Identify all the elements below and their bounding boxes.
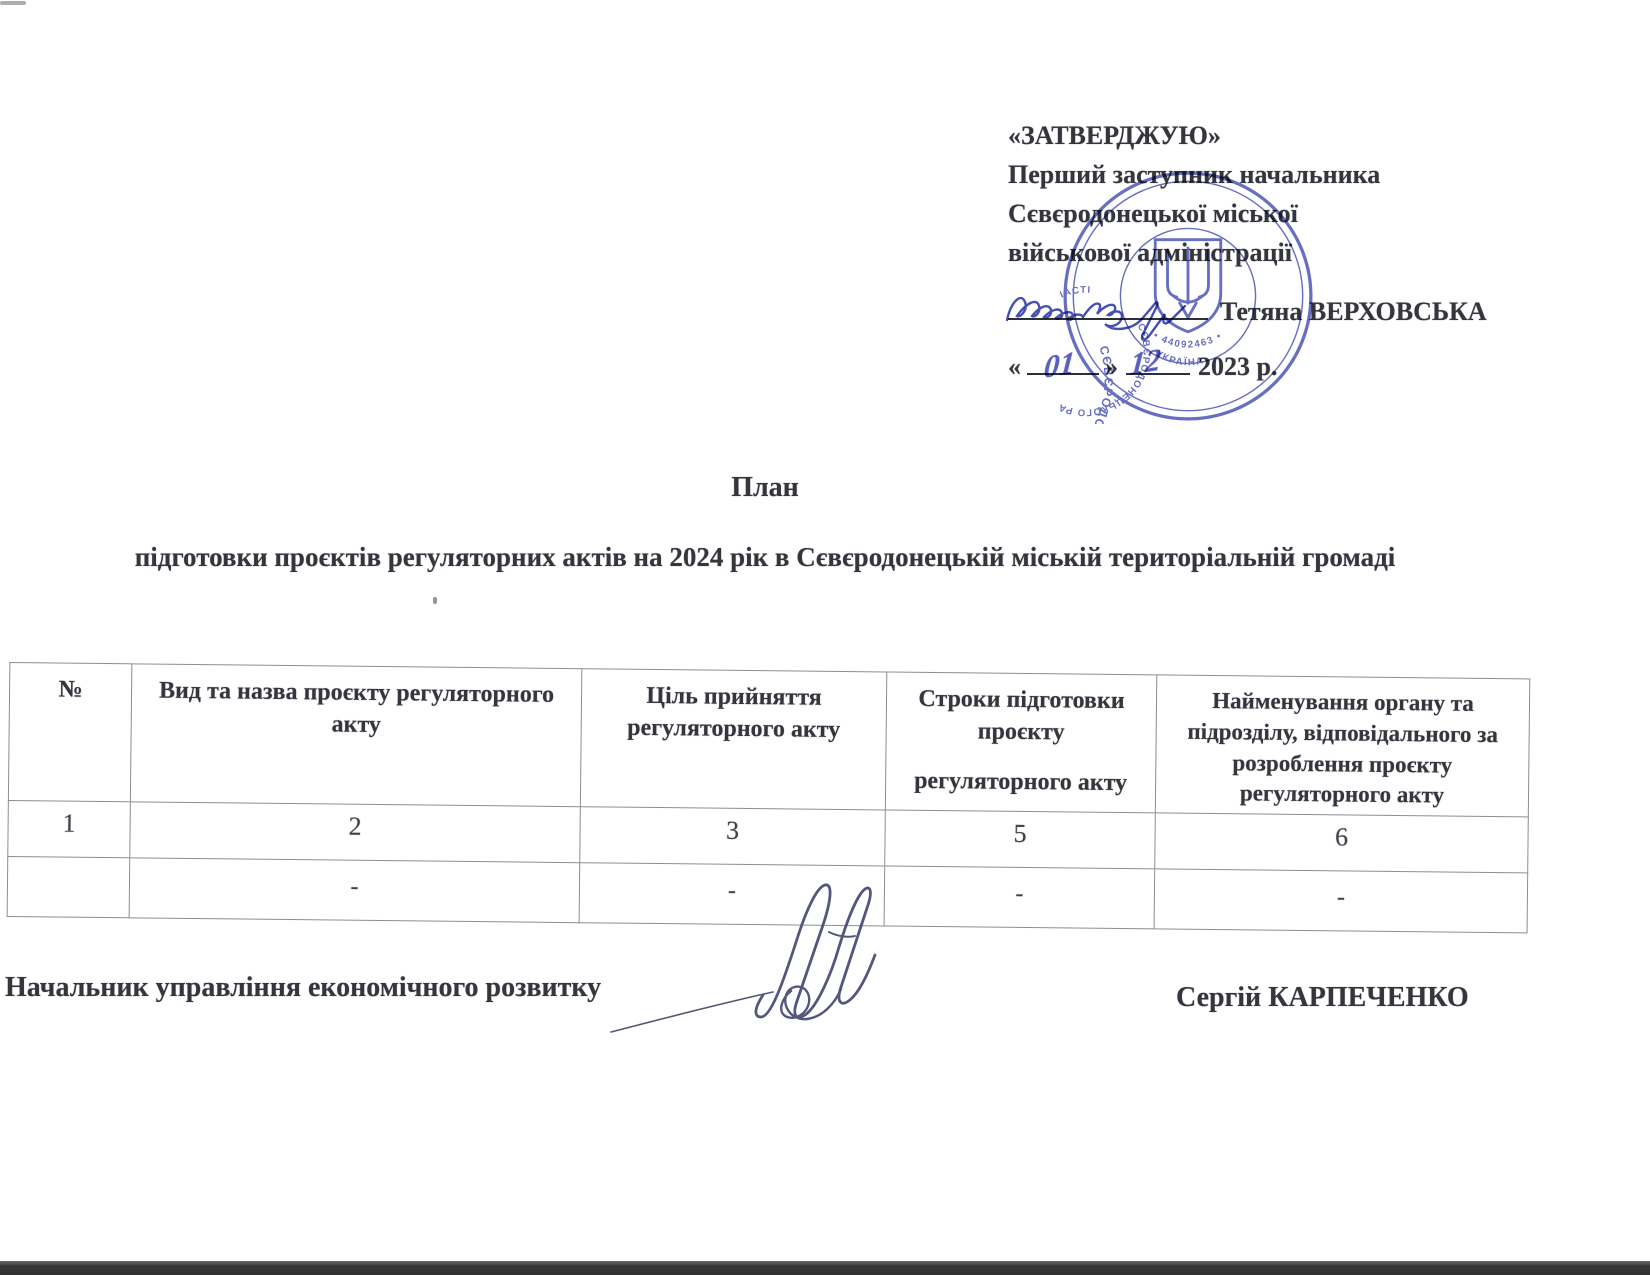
- scanned-document-page: «ЗАТВЕРДЖУЮ» Перший заступник начальника…: [0, 0, 1650, 1275]
- placeholder-cell: [7, 857, 130, 918]
- document-subtitle: підготовки проєктів регуляторних актів н…: [10, 542, 1520, 573]
- scan-edge-smudge: [0, 1, 26, 5]
- scan-edge-artifact: [0, 1261, 1650, 1275]
- placeholder-cell: -: [1154, 869, 1528, 933]
- column-number-cell: 5: [885, 810, 1156, 869]
- table-header-goal: Ціль прийняття регуляторного акту: [580, 669, 886, 810]
- table-header-row: № Вид та назва проєкту регуляторного акт…: [8, 663, 1529, 817]
- footer-position-title: Начальник управління економічного розвит…: [5, 972, 601, 1004]
- handwritten-signature-approver: [995, 268, 1245, 353]
- column-number-cell: 1: [8, 801, 131, 858]
- column-number-cell: 6: [1155, 813, 1529, 873]
- table-header-terms-line1: Строки підготовки проєкту: [918, 686, 1124, 746]
- date-open-quote: «: [1008, 352, 1021, 381]
- scan-speck: [433, 597, 437, 604]
- column-number-cell: 3: [580, 807, 886, 866]
- footer-signatory-name: Сергій КАРПЕЧЕНКО: [1176, 982, 1469, 1014]
- handwritten-signature-department-head: [595, 870, 995, 1052]
- document-title: План: [10, 472, 1520, 504]
- placeholder-cell: -: [129, 858, 580, 923]
- table-header-number: №: [8, 663, 131, 802]
- table-header-terms: Строки підготовки проєктурегуляторного а…: [885, 672, 1156, 813]
- table-header-responsible-body: Найменування органу та підрозділу, відпо…: [1155, 675, 1529, 817]
- table-header-act-name: Вид та назва проєкту регуляторного акту: [130, 664, 581, 807]
- approval-label: «ЗАТВЕРДЖУЮ»: [1008, 116, 1608, 155]
- table-header-terms-line2: регуляторного акту: [894, 765, 1147, 800]
- column-number-cell: 2: [130, 802, 581, 863]
